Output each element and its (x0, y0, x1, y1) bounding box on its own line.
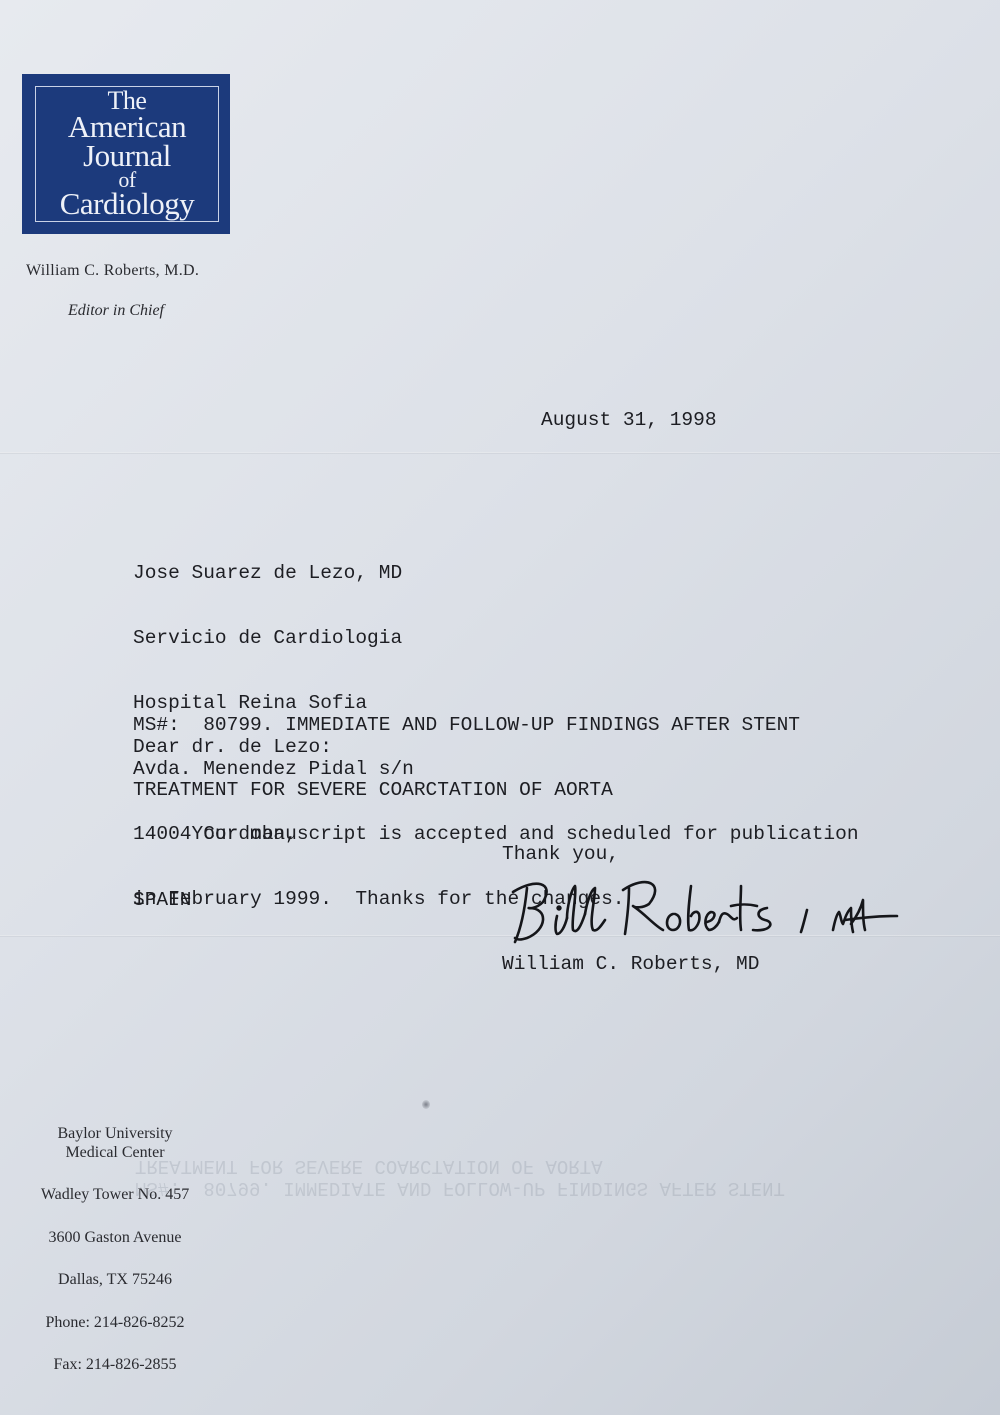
letter-date: August 31, 1998 (541, 410, 717, 432)
city-line: Dallas, TX 75246 (10, 1270, 220, 1313)
institution-address: Baylor University Medical Center Wadley … (10, 1124, 220, 1398)
phone-line: Phone: 214-826-8252 (10, 1313, 220, 1356)
signer-name: William C. Roberts, MD (502, 954, 759, 976)
institution-line: Baylor University (10, 1124, 220, 1143)
address-line: Jose Suarez de Lezo, MD (133, 563, 414, 585)
building-line: Wadley Tower No. 457 (10, 1185, 220, 1228)
paper-smudge (422, 1100, 430, 1109)
body-line: Your manuscript is accepted and schedule… (133, 824, 859, 846)
closing: Thank you, (502, 844, 619, 866)
journal-logo: The American Journal of Cardiology (22, 74, 230, 234)
institution-name: Baylor University Medical Center (10, 1124, 220, 1162)
bleed-through-text: MS#: 80799. IMMEDIATE AND FOLLOW-UP FIND… (135, 1177, 785, 1199)
handwritten-signature: Bill Roberts / MA (505, 868, 905, 953)
fax-line: Fax: 214-826-2855 (10, 1355, 220, 1398)
editor-name: William C. Roberts, M.D. (26, 262, 199, 280)
journal-logo-frame: The American Journal of Cardiology (35, 86, 219, 222)
address-line: Servicio de Cardiologia (133, 628, 414, 650)
logo-line: Journal (83, 142, 171, 171)
paper-fold-line (0, 452, 1000, 454)
salutation: Dear dr. de Lezo: (133, 737, 332, 759)
institution-line: Medical Center (10, 1143, 220, 1162)
logo-line: Cardiology (60, 190, 195, 219)
editor-title: Editor in Chief (68, 302, 164, 320)
street-line: 3600 Gaston Avenue (10, 1228, 220, 1271)
ms-line: MS#: 80799. IMMEDIATE AND FOLLOW-UP FIND… (133, 715, 800, 737)
